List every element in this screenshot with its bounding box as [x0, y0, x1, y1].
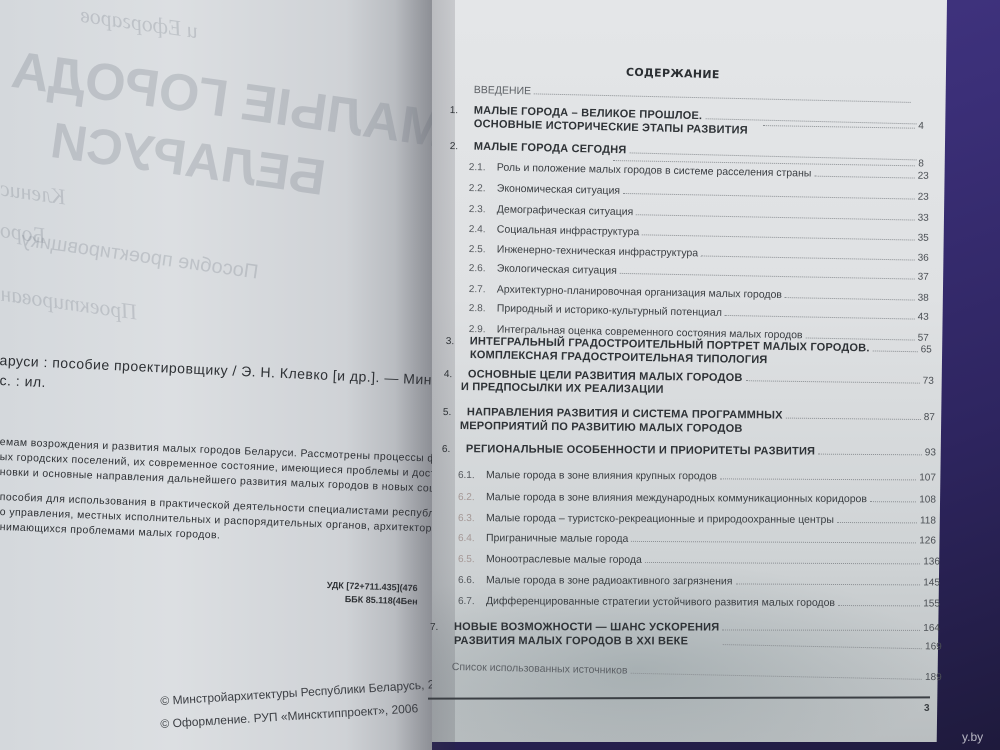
toc-entry-number: 6.1. [458, 470, 486, 481]
toc-entry-section-6-3: 6.3.Малые города – туристско-рекреационн… [458, 510, 936, 527]
toc-entry-number: 2.2. [469, 183, 497, 195]
toc-page-number: 136 [923, 556, 940, 567]
toc-entry-label: Малые города – туристско-рекреационные и… [486, 512, 834, 526]
toc-page-number: 93 [925, 447, 936, 458]
toc-page-number: 164 [923, 623, 940, 634]
dot-leader [763, 125, 915, 129]
toc-entry-section-6-2: 6.2.Малые города в зоне влияния междунар… [458, 489, 936, 506]
toc-page-number: 65 [921, 344, 932, 355]
toc-page-number: 118 [920, 515, 936, 526]
toc-entry-chapter-1-page: 4 [760, 115, 924, 132]
dot-leader [870, 501, 916, 502]
toc-entry-label: Малые города в зоне радиоактивного загря… [486, 574, 733, 587]
dot-leader [818, 454, 922, 456]
toc-entry-number: 6.5. [458, 554, 486, 565]
toc-entry-label: Экологическая ситуация [497, 263, 617, 277]
toc-title: СОДЕРЖАНИЕ [626, 66, 720, 82]
bibliographic-description: аруси : пособие проектировщику / Э. Н. К… [0, 352, 432, 390]
toc-entry-number: 2.3. [469, 204, 497, 216]
toc-page-number: 108 [919, 494, 936, 505]
dot-leader [701, 255, 915, 260]
bleed-through-text: Проектирован [0, 281, 139, 326]
toc-page-number: 73 [923, 376, 934, 387]
toc-entry-label: Моноотраслевые малые города [486, 553, 642, 566]
toc-page-number: 23 [918, 192, 929, 203]
toc-entry-number: 3. [446, 336, 470, 347]
toc-entry-label: Экономическая ситуация [497, 183, 620, 197]
toc-entry-number: 5. [443, 407, 467, 418]
dot-leader [786, 418, 921, 420]
toc-entry-number: 6.3. [458, 513, 486, 524]
toc-entry-number: 6.6. [458, 575, 486, 586]
bleed-through-text: и Ефоргаров [79, 2, 200, 44]
toc-entry-label: Дифференцированные стратегии устойчивого… [486, 595, 835, 609]
toc-entry-label-continued: РАЗВИТИЯ МАЛЫХ ГОРОДОВ В XXI ВЕКЕ [454, 635, 688, 647]
toc-page-number: 33 [918, 213, 929, 224]
toc-entry-section-6-1: 6.1.Малые города в зоне влияния крупных … [458, 467, 936, 484]
toc-entry-number: 6.4. [458, 533, 486, 544]
toc-entry-chapter-7: 7.НОВЫЕ ВОЗМОЖНОСТИ — ШАНС УСКОРЕНИЯ164 [430, 619, 940, 634]
dot-leader [837, 522, 917, 523]
toc-entry-number: 1. [450, 105, 474, 117]
toc-entry-number: 2.1. [469, 162, 497, 174]
toc-page-number: 4 [918, 121, 924, 132]
toc-page-number: 126 [919, 535, 936, 546]
toc-entry-number: 2.4. [469, 224, 497, 236]
toc-entry-section-6-6: 6.6.Малые города в зоне радиоактивного з… [458, 572, 940, 589]
toc-entry-number: 2.7. [469, 284, 497, 296]
left-page: и Ефоргаров МАЛЫЕ ГОРОДА БЕЛАРУСИ Кленис… [0, 0, 432, 750]
toc-page-number: 169 [925, 641, 942, 652]
toc-entry-section-6-5: 6.5.Моноотраслевые малые города136 [458, 551, 940, 568]
dot-leader [838, 605, 920, 606]
toc-page-number: 145 [923, 577, 940, 588]
toc-entry-label: Приграничные малые города [486, 532, 628, 545]
dot-leader [645, 562, 920, 564]
copyright-line: © Оформление. РУП «Минсктиппроект», 2006 [160, 701, 419, 731]
toc-page-number: 155 [923, 598, 940, 609]
udk-code: УДК [72+711.435](476 [327, 580, 418, 593]
dot-leader [814, 176, 914, 179]
toc-page-number: 43 [918, 312, 929, 323]
toc-entry-label: Малые города в зоне влияния международны… [486, 491, 867, 505]
toc-entry-number: 2.8. [469, 303, 497, 315]
toc-entry-section-6-7: 6.7.Дифференцированные стратегии устойчи… [458, 593, 940, 610]
toc-page-number: 36 [918, 253, 929, 264]
toc-page-number: 38 [918, 293, 929, 304]
dot-leader [873, 350, 918, 352]
bbk-code: ББК 85.118(4Бен [345, 594, 418, 607]
dot-leader [722, 630, 920, 631]
toc-page-number: 107 [919, 472, 936, 483]
toc-page-number: 87 [924, 412, 935, 423]
toc-page-number: 35 [918, 233, 929, 244]
toc-entry-number: 7. [430, 622, 454, 633]
dot-leader [725, 315, 915, 320]
toc-entry-number: 2.6. [469, 263, 497, 275]
bleed-through-subtitle: Пособие проектировщику [20, 228, 260, 284]
toc-entry-number: 6.7. [458, 596, 486, 607]
toc-entry-number: 6.2. [458, 492, 486, 503]
toc-entry-section-6-4: 6.4.Приграничные малые города126 [458, 530, 936, 547]
watermark: y.by [962, 730, 983, 744]
dot-leader [723, 644, 922, 649]
page-number: 3 [924, 703, 930, 714]
toc-entry-label: Малые города в зоне влияния крупных горо… [486, 469, 717, 482]
dot-leader [785, 297, 915, 300]
dot-leader [745, 380, 919, 383]
toc-entry-number: 2.5. [469, 244, 497, 256]
toc-page-number: 189 [925, 672, 942, 683]
toc-entry-label: РЕГИОНАЛЬНЫЕ ОСОБЕННОСТИ И ПРИОРИТЕТЫ РА… [466, 443, 815, 457]
toc-page-number: 23 [918, 171, 929, 182]
toc-entry-number: 6. [442, 444, 466, 455]
toc-entry-number: 4. [444, 369, 468, 380]
toc-entry-label: НОВЫЕ ВОЗМОЖНОСТИ — ШАНС УСКОРЕНИЯ [454, 621, 719, 633]
bibliographic-description: с. : ил. [0, 372, 46, 390]
dot-leader [631, 541, 916, 543]
toc-entry-label: ВВЕДЕНИЕ [474, 84, 532, 97]
dot-leader [720, 478, 916, 480]
dot-leader [735, 583, 920, 585]
bleed-through-text: Кленис [0, 176, 68, 211]
toc-entry-number: 2. [450, 141, 474, 153]
toc-page-number: 37 [918, 272, 929, 283]
